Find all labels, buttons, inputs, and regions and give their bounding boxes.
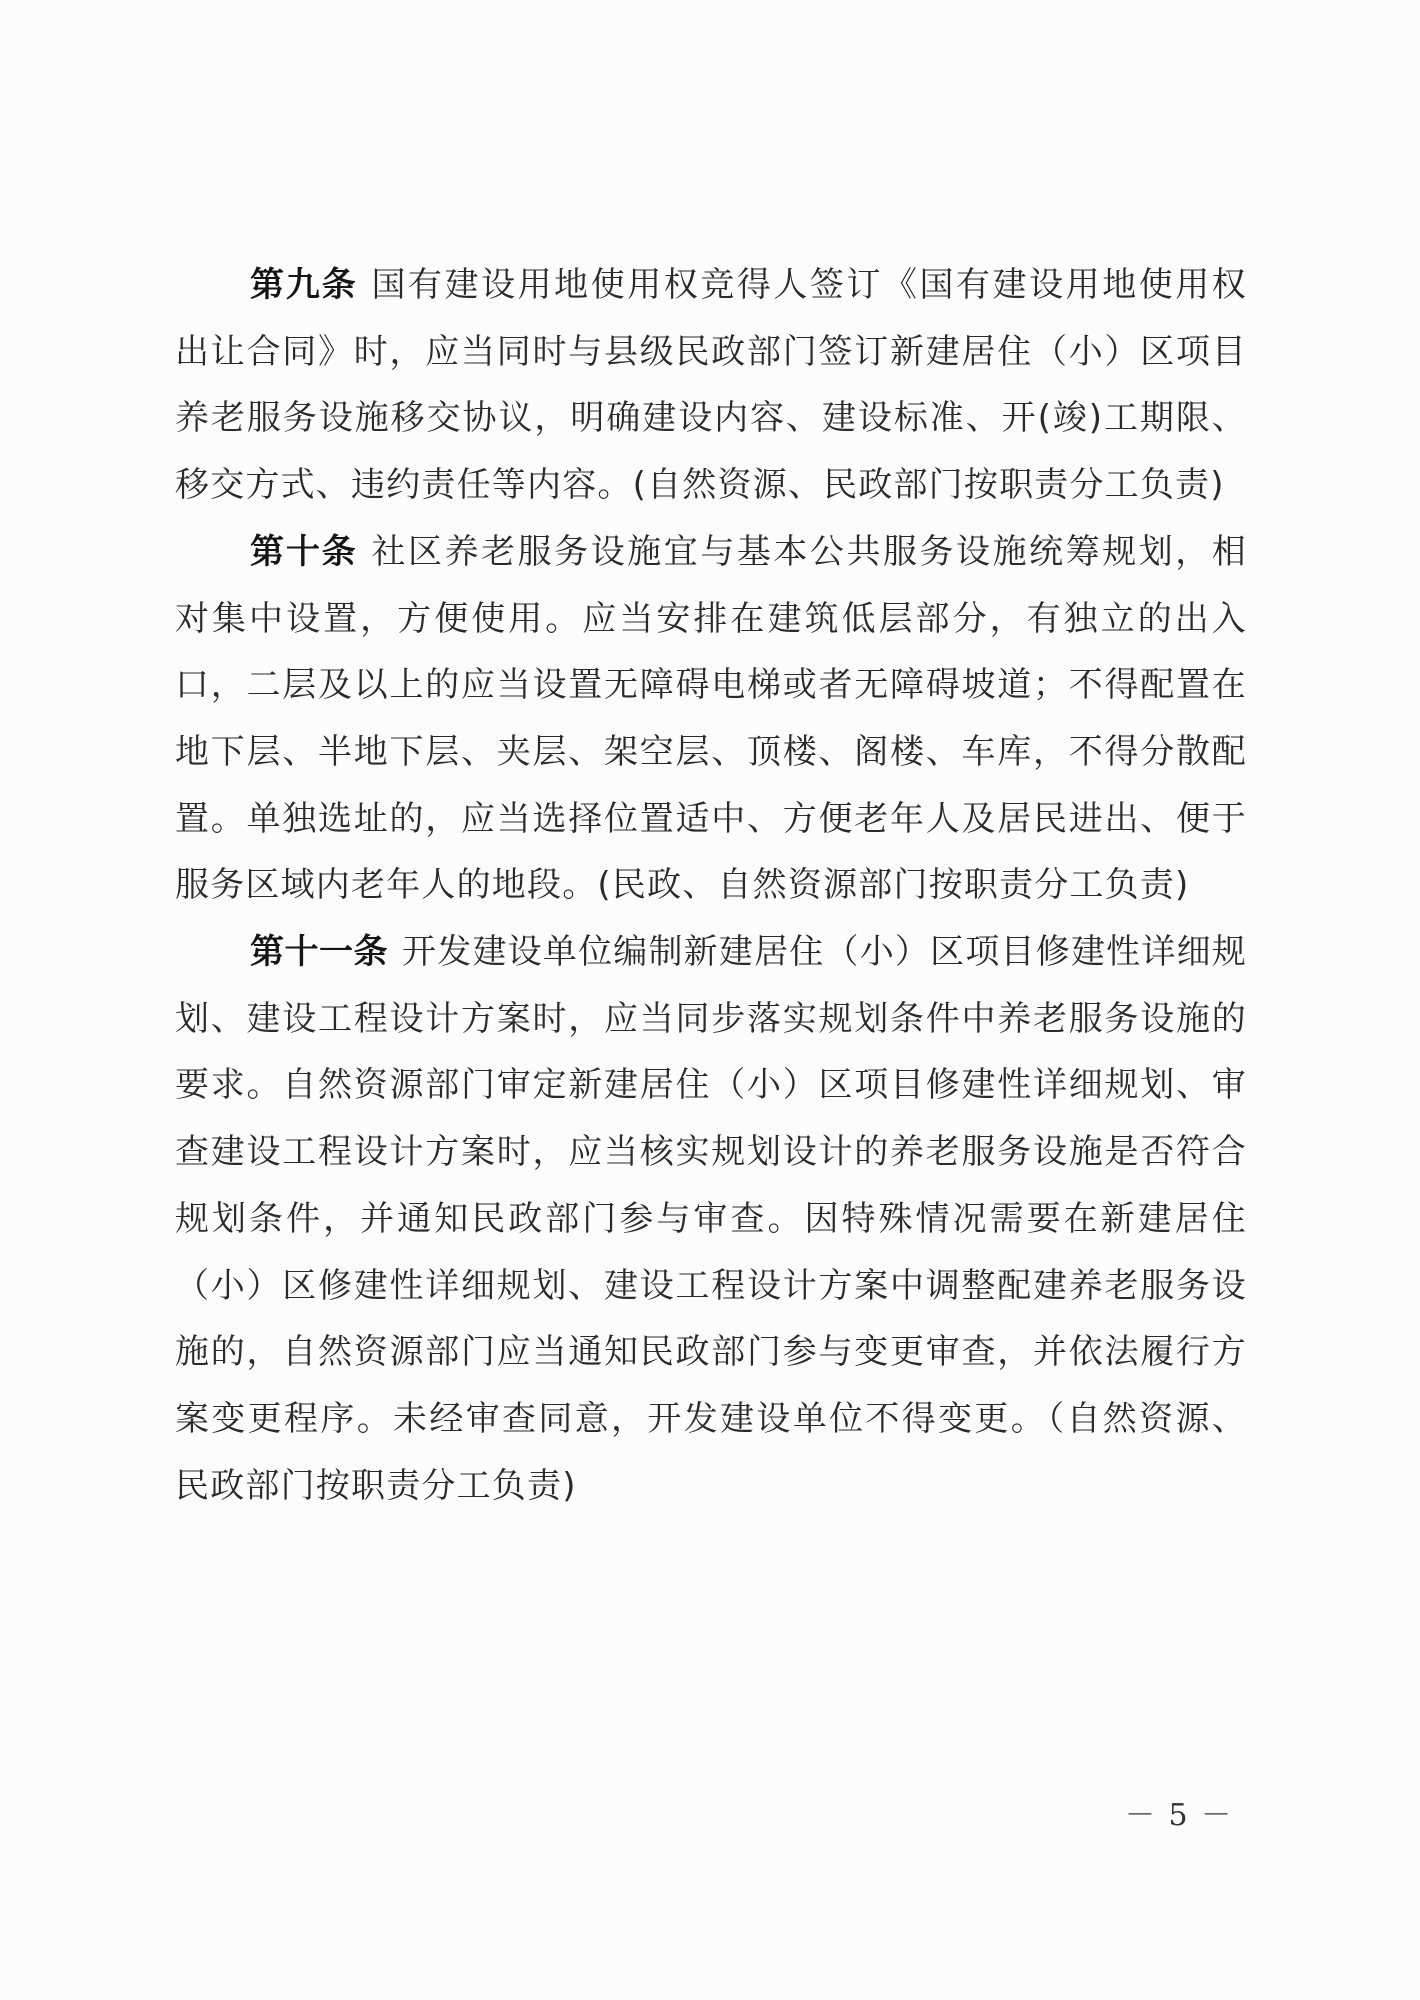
article-body: 社区养老服务设施宜与基本公共服务设施统筹规划，相对集中设置，方便使用。应当安排在…: [175, 532, 1247, 906]
document-body: 第九条国有建设用地使用权竞得人签订《国有建设用地使用权出让合同》时，应当同时与县…: [175, 252, 1247, 1519]
article-body: 开发建设单位编制新建居住（小）区项目修建性详细规划、建设工程设计方案时，应当同步…: [175, 932, 1247, 1506]
document-page: 第九条国有建设用地使用权竞得人签订《国有建设用地使用权出让合同》时，应当同时与县…: [0, 0, 1420, 2000]
article-heading: 第十条: [250, 532, 358, 572]
article-heading: 第十一条: [250, 932, 388, 972]
page-number: － 5 －: [1125, 1790, 1233, 1834]
article-heading: 第九条: [250, 265, 358, 305]
article-11: 第十一条开发建设单位编制新建居住（小）区项目修建性详细规划、建设工程设计方案时，…: [175, 919, 1247, 1519]
article-9: 第九条国有建设用地使用权竞得人签订《国有建设用地使用权出让合同》时，应当同时与县…: [175, 252, 1247, 519]
article-10: 第十条社区养老服务设施宜与基本公共服务设施统筹规划，相对集中设置，方便使用。应当…: [175, 519, 1247, 919]
